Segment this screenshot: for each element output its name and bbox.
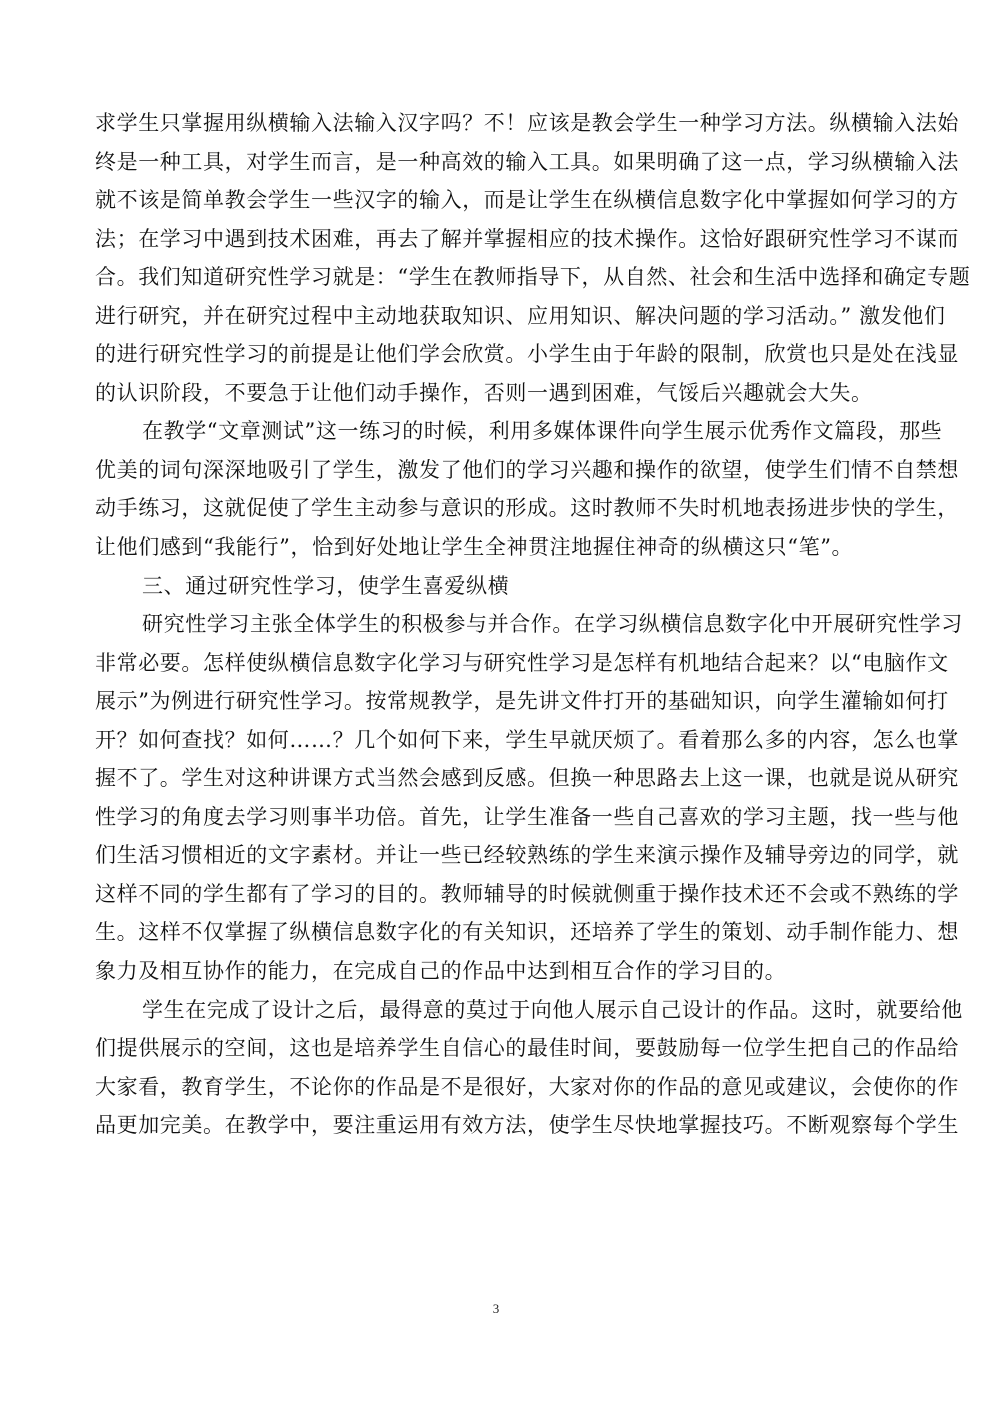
text-line: 在教学“文章测试”这一练习的时候，利用多媒体课件向学生展示优秀作文篇段，那些 bbox=[95, 412, 899, 451]
document-body: 求学生只掌握用纵横输入法输入汉字吗？不！应该是教会学生一种学习方法。纵横输入法始… bbox=[95, 104, 899, 1145]
text-line: 让他们感到“我能行”，恰到好处地让学生全神贯注地握住神奇的纵横这只“笔”。 bbox=[95, 528, 899, 567]
text-line: 动手练习，这就促使了学生主动参与意识的形成。这时教师不失时机地表扬进步快的学生， bbox=[95, 489, 899, 528]
text-line: 就不该是简单教会学生一些汉字的输入，而是让学生在纵横信息数字化中掌握如何学习的方 bbox=[95, 181, 899, 220]
text-line: 象力及相互协作的能力，在完成自己的作品中达到相互合作的学习目的。 bbox=[95, 952, 899, 991]
text-line: 合。我们知道研究性学习就是：“学生在教师指导下，从自然、社会和生活中选择和确定专… bbox=[95, 258, 899, 297]
text-line: 们提供展示的空间，这也是培养学生自信心的最佳时间，要鼓励每一位学生把自己的作品给 bbox=[95, 1029, 899, 1068]
text-line: 优美的词句深深地吸引了学生，激发了他们的学习兴趣和操作的欲望，使学生们情不自禁想 bbox=[95, 451, 899, 490]
text-line: 进行研究，并在研究过程中主动地获取知识、应用知识、解决问题的学习活动。” 激发他… bbox=[95, 297, 899, 336]
paragraph: 求学生只掌握用纵横输入法输入汉字吗？不！应该是教会学生一种学习方法。纵横输入法始… bbox=[95, 104, 899, 412]
text-line: 大家看，教育学生，不论你的作品是不是很好，大家对你的作品的意见或建议，会使你的作 bbox=[95, 1068, 899, 1107]
section-heading-text: 三、通过研究性学习，使学生喜爱纵横 bbox=[95, 567, 899, 606]
paragraph: 在教学“文章测试”这一练习的时候，利用多媒体课件向学生展示优秀作文篇段，那些 优… bbox=[95, 412, 899, 566]
text-line: 性学习的角度去学习则事半功倍。首先，让学生准备一些自己喜欢的学习主题，找一些与他 bbox=[95, 798, 899, 837]
text-line: 握不了。学生对这种讲课方式当然会感到反感。但换一种思路去上这一课，也就是说从研究 bbox=[95, 759, 899, 798]
text-line: 的认识阶段，不要急于让他们动手操作，否则一遇到困难，气馁后兴趣就会大失。 bbox=[95, 374, 899, 413]
paragraph: 研究性学习主张全体学生的积极参与并合作。在学习纵横信息数字化中开展研究性学习 非… bbox=[95, 605, 899, 990]
text-line: 非常必要。怎样使纵横信息数字化学习与研究性学习是怎样有机地结合起来？以“电脑作文 bbox=[95, 644, 899, 683]
text-line: 这样不同的学生都有了学习的目的。教师辅导的时候就侧重于操作技术还不会或不熟练的学 bbox=[95, 875, 899, 914]
page-number: 3 bbox=[0, 1301, 992, 1317]
text-line: 们生活习惯相近的文字素材。并让一些已经较熟练的学生来演示操作及辅导旁边的同学，就 bbox=[95, 836, 899, 875]
text-line: 研究性学习主张全体学生的积极参与并合作。在学习纵横信息数字化中开展研究性学习 bbox=[95, 605, 899, 644]
text-line: 求学生只掌握用纵横输入法输入汉字吗？不！应该是教会学生一种学习方法。纵横输入法始 bbox=[95, 104, 899, 143]
text-line: 展示”为例进行研究性学习。按常规教学，是先讲文件打开的基础知识，向学生灌输如何打 bbox=[95, 682, 899, 721]
text-line: 生。这样不仅掌握了纵横信息数字化的有关知识，还培养了学生的策划、动手制作能力、想 bbox=[95, 913, 899, 952]
text-line: 的进行研究性学习的前提是让他们学会欣赏。小学生由于年龄的限制，欣赏也只是处在浅显 bbox=[95, 335, 899, 374]
text-line: 学生在完成了设计之后，最得意的莫过于向他人展示自己设计的作品。这时，就要给他 bbox=[95, 991, 899, 1030]
document-page: 求学生只掌握用纵横输入法输入汉字吗？不！应该是教会学生一种学习方法。纵横输入法始… bbox=[0, 0, 992, 1403]
paragraph: 学生在完成了设计之后，最得意的莫过于向他人展示自己设计的作品。这时，就要给他 们… bbox=[95, 991, 899, 1145]
section-heading: 三、通过研究性学习，使学生喜爱纵横 bbox=[95, 567, 899, 606]
text-line: 品更加完美。在教学中，要注重运用有效方法，使学生尽快地掌握技巧。不断观察每个学生 bbox=[95, 1106, 899, 1145]
text-line: 开？如何查找？如何……？几个如何下来，学生早就厌烦了。看着那么多的内容，怎么也掌 bbox=[95, 721, 899, 760]
text-line: 法；在学习中遇到技术困难，再去了解并掌握相应的技术操作。这恰好跟研究性学习不谋而 bbox=[95, 220, 899, 259]
text-line: 终是一种工具，对学生而言，是一种高效的输入工具。如果明确了这一点，学习纵横输入法 bbox=[95, 143, 899, 182]
